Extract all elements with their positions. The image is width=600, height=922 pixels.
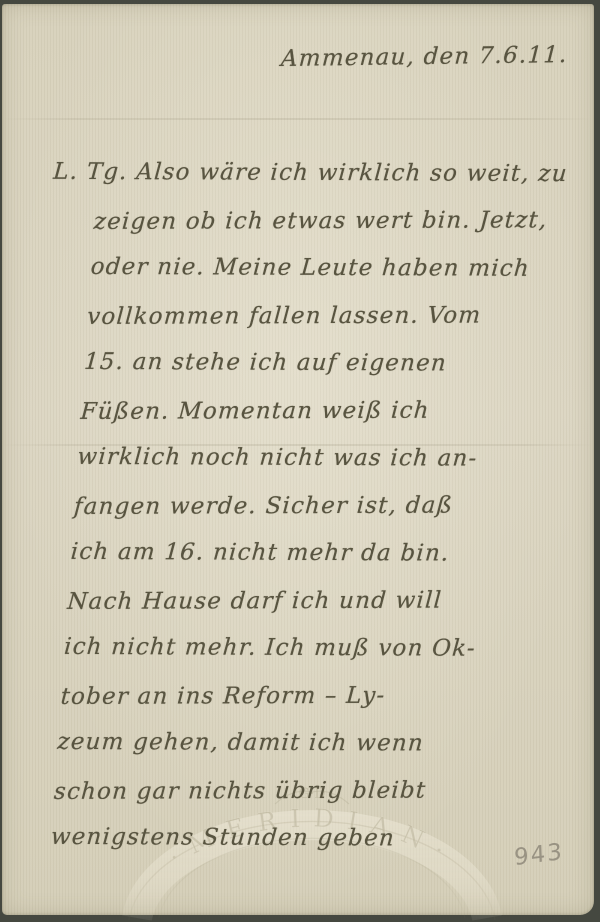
letter-line: wirklich noch nicht was ich an-	[76, 434, 587, 484]
letter-line: Füßen. Momentan weiß ich	[79, 387, 590, 436]
letter-body: L. Tg. Also wäre ich wirklich so weit, z…	[49, 150, 600, 863]
letter-line: tober an ins Reform – Ly-	[59, 672, 570, 721]
letter-dateline: Ammenau, den 7.6.11.	[281, 42, 569, 72]
letter-line: schon gar nichts übrig bleibt	[52, 767, 563, 816]
letter-line: L. Tg. Also wäre ich wirklich so weit, z…	[52, 149, 600, 199]
letter-line: ich nicht mehr. Ich muß von Ok-	[62, 624, 573, 674]
letter-line: wenigstens Stunden geben	[49, 814, 560, 864]
letter-line: zeigen ob ich etwas wert bin. Jetzt,	[92, 197, 600, 246]
letter-line: fangen werde. Sicher ist, daß	[72, 482, 583, 531]
letter-line: 15. an stehe ich auf eigenen	[82, 339, 593, 389]
paper-sheet: ·MERIDIAN· G·D Ammenau, den 7.6.11. L. T…	[2, 4, 594, 915]
letter-line: vollkommen fallen lassen. Vom	[86, 292, 597, 341]
page-number-pencil: 943	[514, 839, 564, 871]
scanned-letter-page: ·MERIDIAN· G·D Ammenau, den 7.6.11. L. T…	[0, 0, 600, 922]
letter-line: ich am 16. nicht mehr da bin.	[69, 529, 580, 579]
paper-fold-line	[2, 118, 594, 120]
letter-line: oder nie. Meine Leute haben mich	[89, 244, 600, 294]
letter-line: zeum gehen, damit ich wenn	[56, 719, 567, 769]
letter-line: Nach Hause darf ich und will	[66, 577, 577, 626]
